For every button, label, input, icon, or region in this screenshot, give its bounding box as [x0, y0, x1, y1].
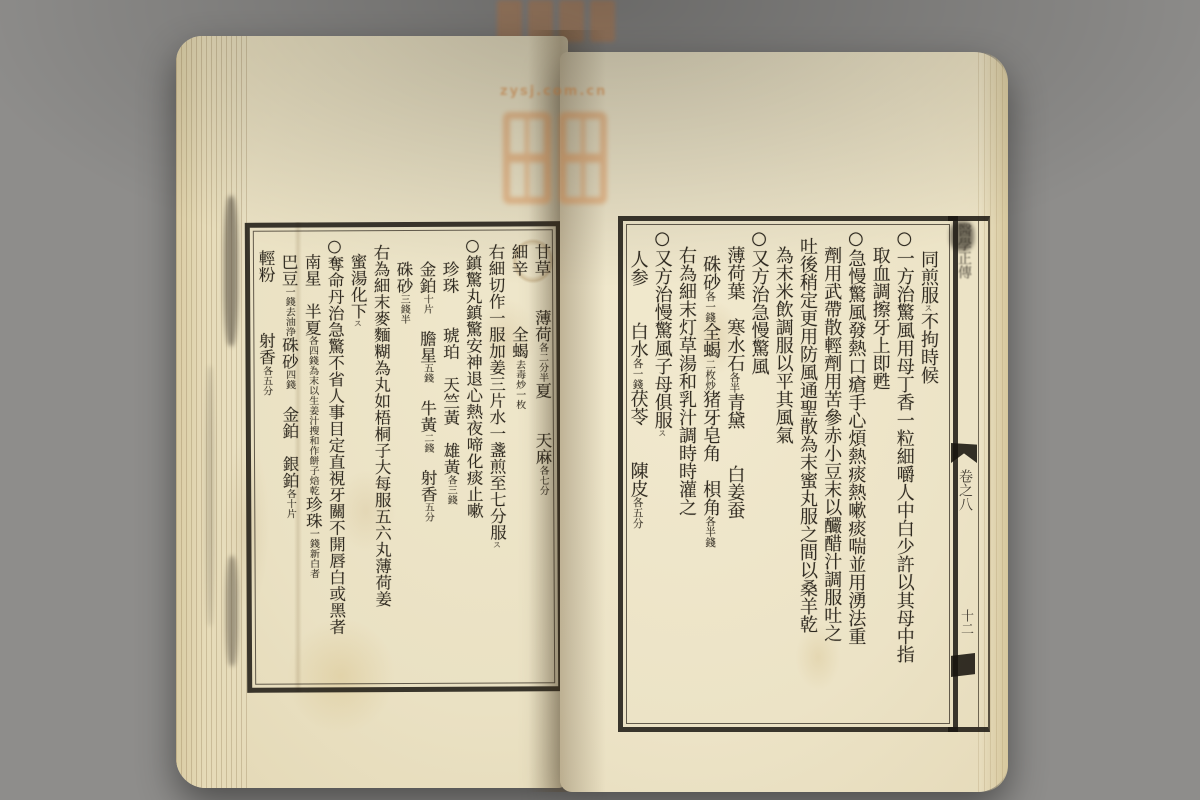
main-text: ○一方治驚風用母丁香一粒細嚼人中白少許以其母中指 — [894, 228, 915, 663]
main-text: 硃砂 — [279, 336, 298, 369]
main-text: 射香 — [418, 453, 437, 503]
small-annotation-text: 十片 — [421, 294, 432, 314]
fishtail-mark — [951, 443, 977, 463]
main-text: 硃砂 — [394, 261, 413, 294]
main-text: ○急慢驚風發熱口瘡手心煩熱痰熱嗽痰喘並用湧法重 — [845, 228, 866, 645]
small-annotation-text: 各三錢 — [445, 475, 456, 505]
main-text: 不拘時候 — [918, 312, 939, 384]
watermark-seal-glyph — [503, 112, 551, 204]
text-column: 右為細末麥麵糊為丸如梧桐子大每服五六丸薄荷姜 — [369, 244, 394, 674]
text-column: ○奪命丹治急驚不省人事目定直視牙關不開唇白或黑者 — [323, 236, 348, 674]
text-column: 取血調擦牙上即甦 — [867, 246, 891, 710]
text-column: ○又方治慢驚風子母俱服ス — [650, 228, 674, 710]
small-annotation-text: 去毒炒一枚 — [513, 359, 524, 409]
watermark-seal — [503, 112, 607, 204]
main-text: 南星 半夏 — [302, 253, 321, 336]
text-column: 硃砂三錢半 — [392, 261, 417, 674]
small-annotation-text: 各四錢為末以生姜汁搜和作餅子焙乾 — [306, 335, 318, 495]
text-column: 細辛 全蝎去毒炒一枚 — [507, 244, 532, 674]
text-column: 珍珠 琥珀 天竺黃 雄黃各三錢 — [438, 260, 463, 673]
main-text: 為末米飲調服以平其風氣 — [773, 246, 794, 444]
book-title: 醫學正傳 — [952, 223, 976, 279]
text-column: 甘草 薄荷各二分半夏 天麻各七分 — [530, 243, 555, 673]
main-text: 蜜湯化下 — [348, 253, 367, 319]
page-number: 十二 — [956, 609, 974, 635]
small-annotation-text: 五分 — [422, 502, 433, 522]
text-column: 劑用武帶散輕劑用苦參赤小豆末以釅醋汁調服吐之 — [819, 246, 843, 710]
main-text: 膽星 — [417, 314, 436, 364]
fishtail-mark-lower — [951, 653, 975, 677]
right-page-text-columns: 同煎服ス不拘時候○一方治驚風用母丁香一粒細嚼人中白少許以其母中指取血調擦牙上即甦… — [624, 228, 940, 710]
main-text: 薄荷葉 寒水石 — [724, 246, 745, 372]
banxin-margin-strip: 醫學正傳 卷之八 十二 — [948, 216, 990, 732]
small-annotation-text: 各一錢 — [704, 291, 716, 323]
main-text: ○奪命丹治急驚不省人事目定直視牙關不開唇白或黑者 — [325, 236, 346, 635]
photo-background: 甘草 薄荷各二分半夏 天麻各七分細辛 全蝎去毒炒一枚右細切作一服加姜三片水一盞煎… — [0, 0, 1200, 800]
main-text: 同煎服 — [918, 250, 939, 304]
watermark-url: zysj.com.cn — [500, 84, 630, 99]
small-annotation-text: 各二分半 — [536, 342, 547, 382]
main-text: 劑用武帶散輕劑用苦參赤小豆末以釅醋汁調服吐之 — [821, 246, 842, 642]
main-text: 青黛 白姜蚕 — [724, 393, 745, 519]
main-text: 取血調擦牙上即甦 — [870, 246, 891, 390]
main-text: 細辛 全蝎 — [509, 244, 529, 360]
small-annotation-text: 各一錢 — [632, 358, 644, 390]
small-annotation-text: 各十片 — [284, 488, 295, 518]
text-column: 同煎服ス不拘時候 — [916, 250, 940, 710]
page-edge-ink-smudge — [226, 556, 238, 666]
main-text: 吐後稍定更用防風通聖散為末蜜丸服之間以桑羊乾 — [797, 237, 818, 633]
text-column: 薄荷葉 寒水石各半青黛 白姜蚕 — [722, 246, 746, 710]
text-column: 金鉑十片 膽星五錢 牛黃二錢 射香五分 — [415, 261, 440, 674]
kunten-mark: ス — [658, 429, 667, 437]
small-annotation-text: 一錢新白者 — [307, 528, 318, 578]
page-edge-ink-smudge — [206, 366, 214, 626]
volume-label: 卷之八 — [954, 469, 976, 511]
watermark-seal-glyph — [559, 112, 607, 204]
small-annotation-text: 各五分 — [261, 365, 272, 395]
kunten-mark: ス — [353, 319, 362, 327]
text-column: 吐後稍定更用防風通聖散為末蜜丸服之間以桑羊乾 — [795, 237, 819, 710]
text-column: 輕粉 射香各五分 — [254, 250, 279, 675]
main-text: 珍珠 琥珀 天竺黃 雄黃 — [440, 260, 460, 475]
main-text: 猪牙皂角 梖角 — [700, 390, 721, 516]
main-text: 牛黃 — [418, 383, 437, 433]
small-annotation-text: 二枚炒 — [704, 359, 716, 391]
text-column: 巴豆一錢去油浄硃砂四錢 金鉑 銀鉑各十片 — [277, 253, 302, 675]
main-text: 右為細末灯草湯和乳汁調時時灌之 — [676, 246, 697, 516]
main-text: 巴豆 — [279, 253, 298, 286]
small-annotation-text: 一錢去油浄 — [283, 286, 294, 336]
left-page-text-columns: 甘草 薄荷各二分半夏 天麻各七分細辛 全蝎去毒炒一枚右細切作一服加姜三片水一盞煎… — [253, 235, 555, 675]
main-text: 甘草 薄荷 — [532, 243, 552, 342]
main-text: 右為細末麥麵糊為丸如梧桐子大每服五六丸薄荷姜 — [371, 244, 392, 607]
main-text: ○又方治慢驚風子母俱服 — [652, 228, 673, 429]
text-column: 為末米飲調服以平其風氣 — [771, 246, 795, 710]
text-column: 人参 白水各一錢茯苓 陳皮各五分 — [625, 250, 649, 710]
text-column: ○鎮驚丸鎮驚安神退心熱夜啼化痰止嗽 — [461, 236, 486, 674]
banxin-rule-line — [978, 221, 979, 727]
main-text: 全蝎 — [700, 323, 721, 359]
main-text: 夏 天麻 — [533, 382, 552, 465]
text-column: 右細切作一服加姜三片水一盞煎至七分服ス — [484, 244, 509, 674]
main-text: 金鉑 銀鉑 — [280, 389, 300, 488]
small-annotation-text: 各七分 — [537, 465, 548, 495]
main-text: 右細切作一服加姜三片水一盞煎至七分服 — [486, 244, 507, 541]
main-text: 人参 白水 — [628, 250, 649, 358]
main-text: ○鎮驚丸鎮驚安神退心熱夜啼化痰止嗽 — [463, 236, 483, 519]
page-edge-ink-smudge — [224, 196, 238, 346]
small-annotation-text: 二錢 — [422, 433, 433, 453]
main-text: 珍珠 — [303, 495, 322, 528]
small-annotation-text: 各五分 — [632, 497, 644, 529]
text-column: ○又方治急慢驚風 — [746, 228, 770, 710]
text-column: 南星 半夏各四錢為末以生姜汁搜和作餅子焙乾珍珠一錢新白者 — [300, 253, 325, 675]
text-column: 右為細末灯草湯和乳汁調時時灌之 — [674, 246, 698, 710]
small-annotation-text: 各半錢 — [704, 516, 716, 548]
main-text: 輕粉 射香 — [256, 250, 276, 366]
text-column: ○一方治驚風用母丁香一粒細嚼人中白少許以其母中指 — [892, 228, 916, 710]
small-annotation-text: 四錢 — [284, 369, 295, 389]
main-text: 硃砂 — [700, 255, 721, 291]
text-column: 硃砂各一錢全蝎二枚炒猪牙皂角 梖角各半錢 — [698, 255, 722, 710]
small-annotation-text: 五錢 — [422, 363, 433, 383]
left-page-edge-stack — [176, 36, 248, 788]
small-annotation-text: 三錢半 — [398, 294, 409, 324]
kunten-mark: ス — [492, 541, 501, 549]
right-page: 同煎服ス不拘時候○一方治驚風用母丁香一粒細嚼人中白少許以其母中指取血調擦牙上即甦… — [560, 52, 1008, 792]
small-annotation-text: 各半 — [728, 372, 740, 393]
text-column: ○急慢驚風發熱口瘡手心煩熱痰熱嗽痰喘並用湧法重 — [843, 228, 867, 710]
main-text: ○又方治急慢驚風 — [749, 228, 770, 375]
main-text: 金鉑 — [417, 261, 436, 294]
text-column: 蜜湯化下ス — [346, 253, 371, 675]
main-text: 茯苓 陳皮 — [628, 389, 649, 497]
kunten-mark: ス — [924, 304, 933, 312]
